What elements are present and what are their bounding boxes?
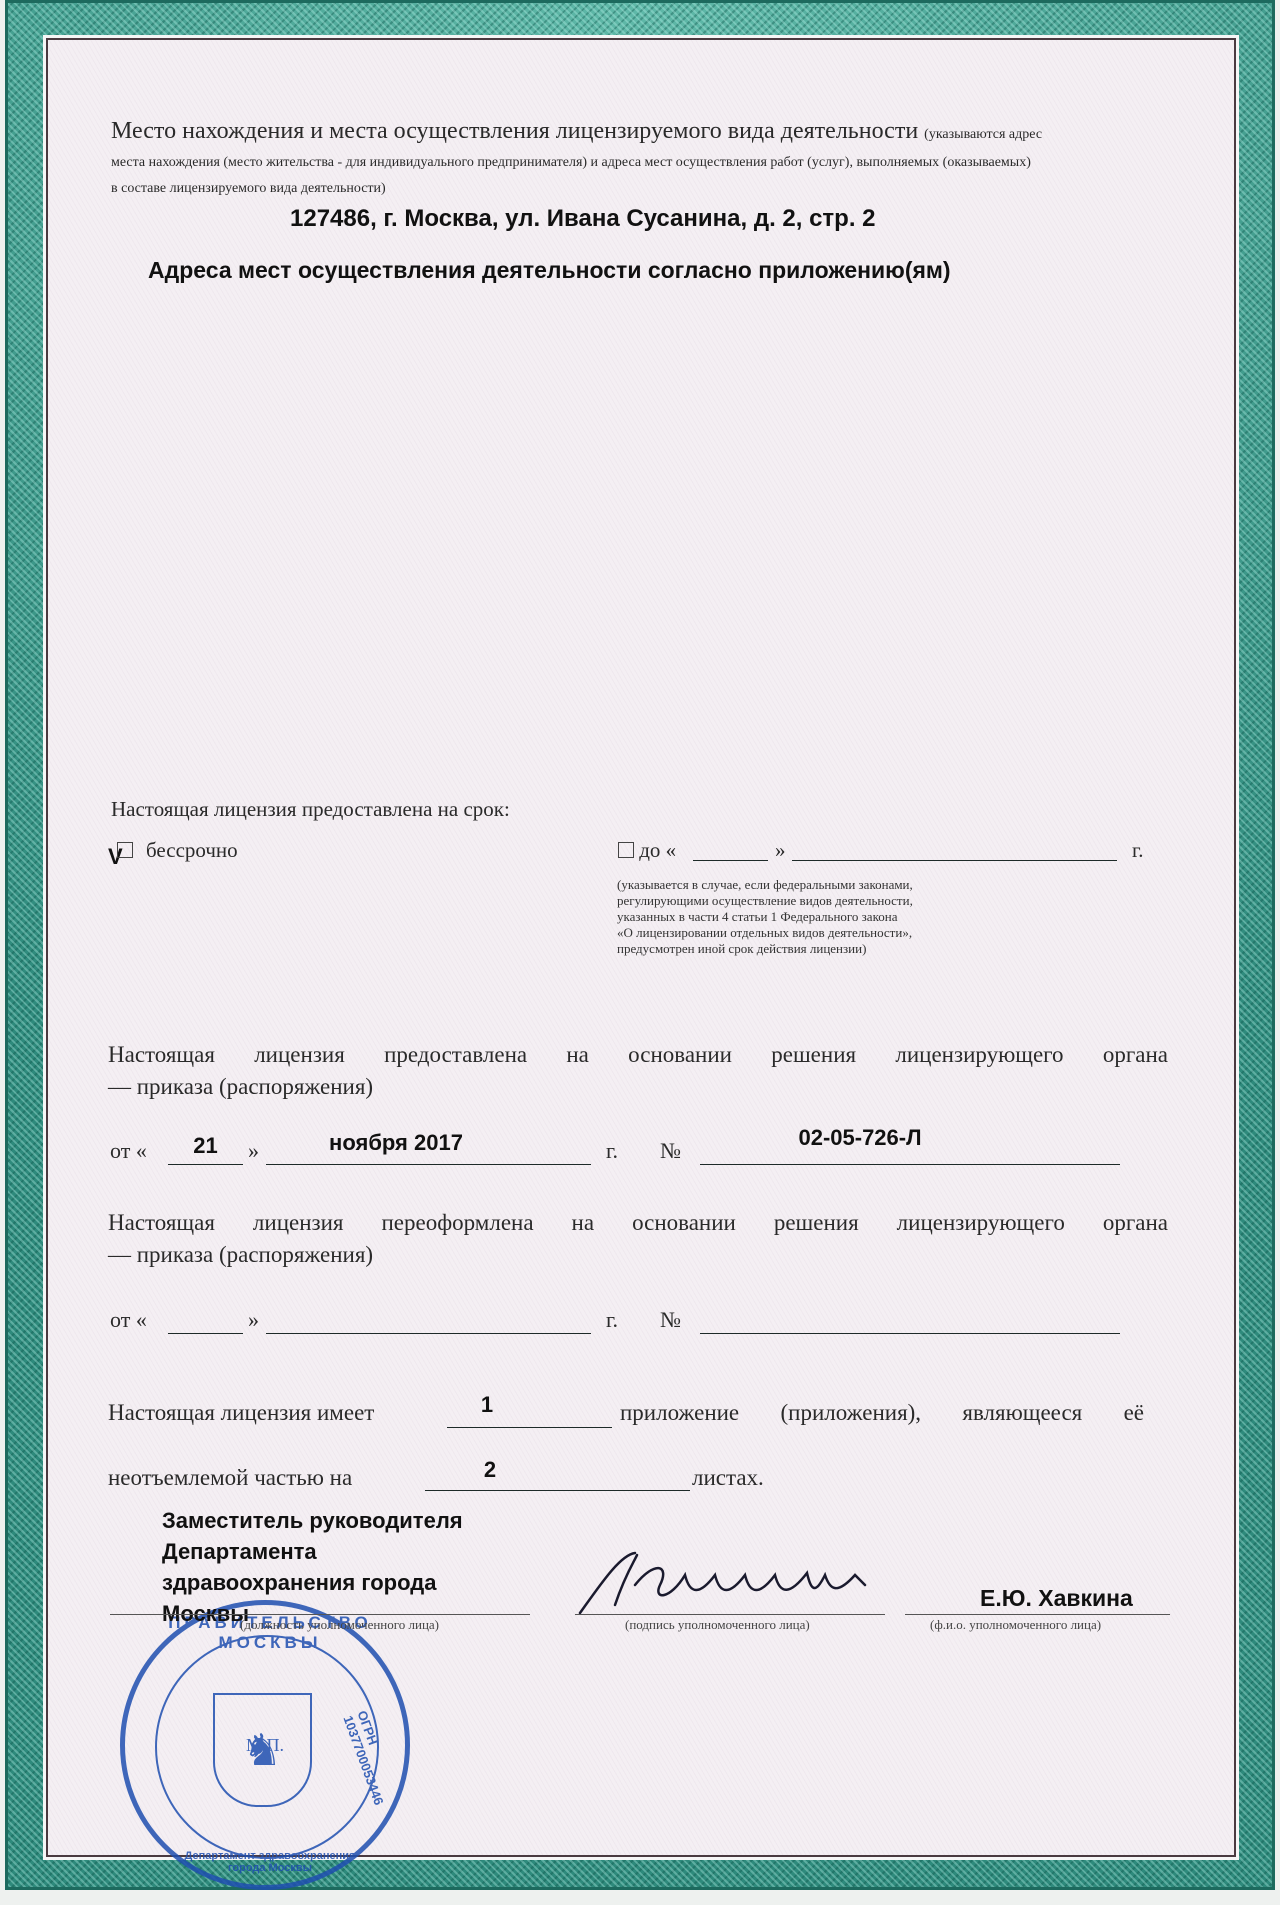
main-address: 127486, г. Москва, ул. Ивана Сусанина, д… [290, 205, 876, 233]
reissued-text-1: Настоящая лицензия переоформлена на осно… [108, 1203, 1168, 1242]
appendix-text-before: Настоящая лицензия имеет [108, 1400, 374, 1426]
granted-number: 02-05-726-Л [700, 1125, 1020, 1151]
term-note-line: (указывается в случае, если федеральными… [617, 877, 977, 893]
name-line [905, 1614, 1170, 1615]
reissued-year-suffix: г. [606, 1307, 618, 1333]
reissued-text-2: — приказа (распоряжения) [108, 1242, 373, 1268]
appendix-sheets-before: неотъемлемой частью на [108, 1465, 352, 1491]
checkbox-until[interactable] [618, 842, 634, 858]
signer-position-line: здравоохранения города [162, 1567, 463, 1598]
signer-position-line: Департамента [162, 1536, 463, 1567]
appendix-sheets-after: листах. [692, 1465, 764, 1491]
signer-position-line: Заместитель руководителя [162, 1505, 463, 1536]
granted-text-2: — приказа (распоряжения) [108, 1074, 373, 1100]
location-note-1: (указываются адрес [924, 127, 1042, 142]
activity-places: Адреса мест осуществления деятельности с… [148, 257, 951, 284]
appendix-sheets-field[interactable] [425, 1490, 690, 1491]
reissued-number-field[interactable] [700, 1333, 1120, 1334]
position-caption: (должность уполномоченного лица) [240, 1617, 439, 1633]
granted-number-field[interactable] [700, 1164, 1120, 1165]
reissued-month-year-field[interactable] [266, 1333, 591, 1334]
granted-year-suffix: г. [606, 1138, 618, 1164]
granted-from-label: от « [110, 1138, 147, 1164]
position-line [110, 1614, 530, 1615]
stamp-inner-text: Департамент здравоохранения города Москв… [180, 1850, 360, 1874]
term-until-option[interactable]: до « [618, 838, 676, 863]
term-note-line: указанных в части 4 статьи 1 Федеральног… [617, 909, 977, 925]
official-stamp: ♞ М.П. ПРАВИТЕЛЬСТВО МОСКВЫ Департамент … [120, 1600, 410, 1890]
until-month-year-field[interactable] [792, 860, 1117, 861]
granted-text-1: Настоящая лицензия предоставлена на осно… [108, 1035, 1168, 1074]
signer-position: Заместитель руководителя Департамента зд… [162, 1505, 463, 1629]
term-note-line: регулирующими осуществление видов деятел… [617, 893, 977, 909]
location-note-3: в составе лицензируемого вида деятельнос… [111, 176, 1191, 202]
term-note: (указывается в случае, если федеральными… [617, 877, 977, 957]
until-prefix: до « [639, 838, 676, 862]
indefinite-label: бессрочно [146, 838, 238, 863]
handwritten-signature [575, 1545, 915, 1615]
signature-line [575, 1614, 885, 1615]
term-note-line: предусмотрен иной срок действия лицензии… [617, 941, 977, 957]
location-note-2: места нахождения (место жительства - для… [111, 150, 1191, 176]
location-title: Место нахождения и места осуществления л… [111, 118, 918, 144]
checkbox-indefinite[interactable] [117, 842, 133, 858]
appendix-text-after: приложение (приложения), являющееся её [620, 1400, 1144, 1426]
reissued-day-field[interactable] [168, 1333, 243, 1334]
term-label: Настоящая лицензия предоставлена на срок… [111, 797, 510, 822]
stamp-mp: М.П. [215, 1735, 315, 1756]
until-close-quote: » [775, 838, 786, 863]
granted-day-field[interactable] [168, 1164, 243, 1165]
appendix-count-field[interactable] [447, 1427, 612, 1428]
term-note-line: «О лицензировании отдельных видов деятел… [617, 925, 977, 941]
location-note: места нахождения (место жительства - для… [111, 150, 1191, 202]
reissued-from-label: от « [110, 1307, 147, 1333]
name-caption: (ф.и.о. уполномоченного лица) [930, 1617, 1101, 1633]
granted-day: 21 [168, 1133, 243, 1159]
granted-number-label: № [660, 1138, 681, 1164]
signer-name: Е.Ю. Хавкина [980, 1585, 1133, 1612]
reissued-close-quote: » [248, 1307, 259, 1333]
location-heading: Место нахождения и места осуществления л… [111, 116, 1191, 150]
granted-month-year: ноября 2017 [266, 1130, 526, 1156]
appendix-count: 1 [447, 1392, 527, 1418]
granted-close-quote: » [248, 1138, 259, 1164]
until-day-field[interactable] [693, 860, 768, 861]
signature-caption: (подпись уполномоченного лица) [625, 1617, 810, 1633]
until-year-suffix: г. [1132, 838, 1144, 863]
appendix-sheets: 2 [425, 1457, 555, 1483]
reissued-number-label: № [660, 1307, 681, 1333]
granted-month-year-field[interactable] [266, 1164, 591, 1165]
